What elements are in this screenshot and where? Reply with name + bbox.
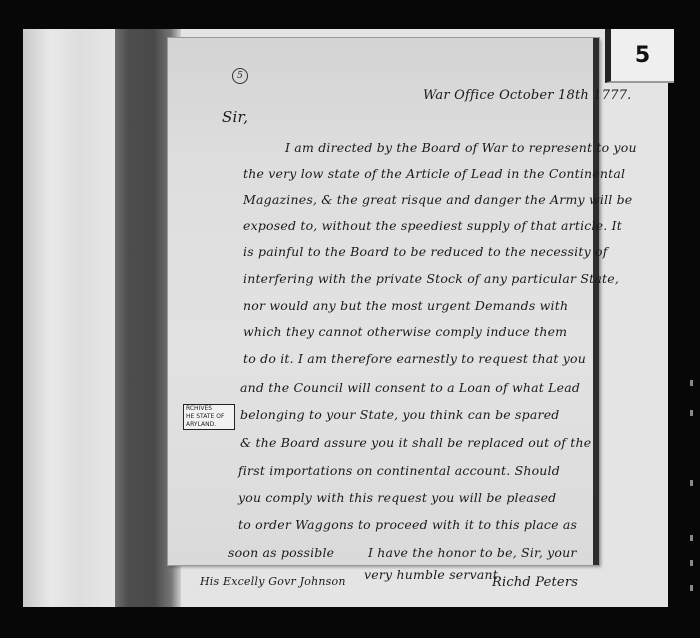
- letter-closing-servant: very humble servant: [364, 567, 498, 582]
- letter-dateline: War Office October 18th 1777.: [423, 88, 632, 103]
- letter-body-line: you comply with this request you will be…: [238, 490, 556, 505]
- letter-body-line: soon as possible: [228, 545, 334, 560]
- letter-body-line: first importations on continental accoun…: [238, 463, 560, 478]
- frame-page-number: 5: [605, 29, 674, 83]
- letter-body-line: nor would any but the most urgent Demand…: [243, 298, 568, 313]
- letter-salutation: Sir,: [222, 108, 248, 126]
- letter-body-line: which they cannot otherwise comply induc…: [243, 324, 567, 339]
- letter-addressee: His Excelly Govr Johnson: [200, 575, 346, 588]
- letter-body-line: the very low state of the Article of Lea…: [243, 166, 625, 181]
- letter-body-line: to do it. I am therefore earnestly to re…: [243, 351, 586, 366]
- letter-body-line: to order Waggons to proceed with it to t…: [238, 517, 577, 532]
- letter-closing: I have the honor to be, Sir, your: [368, 545, 577, 560]
- letter-body-line: interfering with the private Stock of an…: [243, 271, 619, 286]
- stamp-line: ARYLAND.: [186, 421, 234, 429]
- letter-body-line: I am directed by the Board of War to rep…: [285, 140, 637, 155]
- letter-body-line: & the Board assure you it shall be repla…: [240, 435, 591, 450]
- letter-body-line: and the Council will consent to a Loan o…: [240, 380, 580, 395]
- letter-body-line: belonging to your State, you think can b…: [240, 407, 560, 422]
- stamp-line: RCHIVES: [186, 405, 234, 413]
- adjacent-page-strip: [23, 29, 115, 607]
- page-number-label: 5: [635, 43, 650, 68]
- film-edge-marks: [682, 280, 700, 620]
- letter-body-line: is painful to the Board to be reduced to…: [243, 244, 608, 259]
- letter-signature: Richd Peters: [492, 575, 578, 590]
- letter-body-line: Magazines, & the great risque and danger…: [243, 192, 632, 207]
- folio-mark: 5: [232, 68, 248, 84]
- maryland-archives-stamp: RCHIVES HE STATE OF ARYLAND.: [183, 404, 235, 430]
- stamp-line: HE STATE OF: [186, 413, 234, 421]
- letter-body-line: exposed to, without the speediest supply…: [243, 218, 622, 233]
